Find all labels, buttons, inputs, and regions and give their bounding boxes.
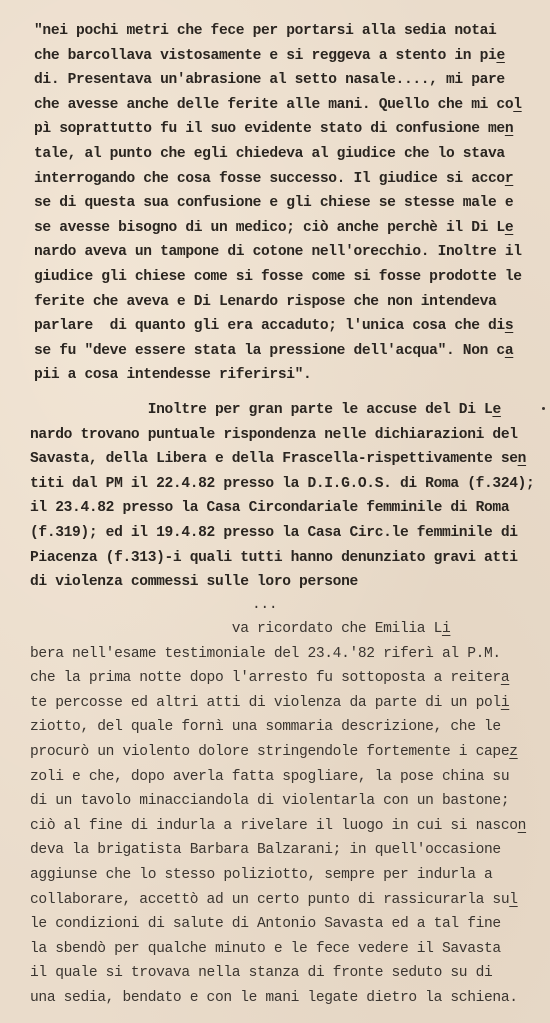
block3-line: le condizioni di salute di Antonio Savas… bbox=[30, 915, 501, 933]
line-text: una sedia, bendato e con le mani legate … bbox=[30, 990, 518, 1006]
line-text: la sbendò per qualche minuto e le fece v… bbox=[30, 941, 501, 957]
block1-line: pì soprattutto fu il suo evidente stato … bbox=[34, 120, 513, 138]
line-text: "nei pochi metri che fece per portarsi a… bbox=[34, 23, 496, 39]
line-text: (f.319); ed il 19.4.82 presso la Casa Ci… bbox=[30, 525, 518, 541]
block1-line: ferite che aveva e Di Lenardo rispose ch… bbox=[34, 293, 496, 311]
block1-line: nardo aveva un tampone di cotone nell'or… bbox=[34, 243, 522, 261]
block2-line: il 23.4.82 presso la Casa Circondariale … bbox=[30, 499, 509, 517]
line-text: di un tavolo minacciandola di violentarl… bbox=[30, 793, 509, 809]
line-text: pii a cosa intendesse riferirsi". bbox=[34, 367, 311, 383]
line-text: collaborare, accettò ad un certo punto d… bbox=[30, 892, 509, 908]
block2-line: nardo trovano puntuale rispondenza nelle… bbox=[30, 426, 518, 444]
line-text: titi dal PM il 22.4.82 presso la D.I.G.O… bbox=[30, 476, 534, 492]
line-text: giudice gli chiese come si fosse come si… bbox=[34, 269, 522, 285]
line-text: zoli e che, dopo averla fatta spogliare,… bbox=[30, 769, 509, 785]
block1-line: che avesse anche delle ferite alle mani.… bbox=[34, 96, 522, 114]
block2-line: di violenza commessi sulle loro persone bbox=[30, 573, 358, 591]
block3-line: che la prima notte dopo l'arresto fu sot… bbox=[30, 669, 509, 687]
line-text: che avesse anche delle ferite alle mani.… bbox=[34, 97, 513, 113]
block1-line: tale, al punto che egli chiedeva al giud… bbox=[34, 145, 505, 163]
block1-line: che barcollava vistosamente e si reggeva… bbox=[34, 47, 505, 65]
line-text: tale, al punto che egli chiedeva al giud… bbox=[34, 146, 505, 162]
line-text: interrogando che cosa fosse successo. Il… bbox=[34, 171, 505, 187]
line-text: se fu "deve essere stata la pressione de… bbox=[34, 343, 505, 359]
block2-line: titi dal PM il 22.4.82 presso la D.I.G.O… bbox=[30, 475, 534, 493]
block2-line: Savasta, della Libera e della Frascella-… bbox=[30, 450, 526, 468]
line-text: pì soprattutto fu il suo evidente stato … bbox=[34, 121, 505, 137]
hyphen-underlined-char: n bbox=[518, 451, 526, 467]
block3-line: deva la brigatista Barbara Balzarani; in… bbox=[30, 841, 501, 859]
block1-line: pii a cosa intendesse riferirsi". bbox=[34, 366, 311, 384]
block3-line: collaborare, accettò ad un certo punto d… bbox=[30, 891, 518, 909]
block3-line: zoli e che, dopo averla fatta spogliare,… bbox=[30, 768, 509, 786]
hyphen-underlined-char: l bbox=[513, 97, 521, 113]
typewritten-page: "nei pochi metri che fece per portarsi a… bbox=[0, 0, 550, 1023]
line-text: ferite che aveva e Di Lenardo rispose ch… bbox=[34, 294, 496, 310]
hyphen-underlined-char: n bbox=[505, 121, 513, 137]
hyphen-underlined-char: l bbox=[509, 892, 517, 908]
line-text: bera nell'esame testimoniale del 23.4.'8… bbox=[30, 646, 501, 662]
block3-line: una sedia, bendato e con le mani legate … bbox=[30, 989, 518, 1007]
line-text: deva la brigatista Barbara Balzarani; in… bbox=[30, 842, 501, 858]
hyphen-underlined-char: z bbox=[509, 744, 517, 760]
block2-line: (f.319); ed il 19.4.82 presso la Casa Ci… bbox=[30, 524, 518, 542]
block1-line: parlare di quanto gli era accaduto; l'un… bbox=[34, 317, 513, 335]
line-text: va ricordato che Emilia L bbox=[30, 621, 442, 637]
line-text: procurò un violento dolore stringendole … bbox=[30, 744, 509, 760]
line-text: di. Presentava un'abrasione al setto nas… bbox=[34, 72, 505, 88]
hyphen-underlined-char: i bbox=[442, 621, 450, 637]
block3-line: ciò al fine di indurla a rivelare il luo… bbox=[30, 817, 526, 835]
hyphen-underlined-char: s bbox=[505, 318, 513, 334]
line-text: nardo aveva un tampone di cotone nell'or… bbox=[34, 244, 522, 260]
block3-line: bera nell'esame testimoniale del 23.4.'8… bbox=[30, 645, 501, 663]
hyphen-underlined-char: e bbox=[496, 48, 504, 64]
ellipsis: ... bbox=[252, 596, 277, 614]
hyphen-underlined-char: a bbox=[505, 343, 513, 359]
line-text: che la prima notte dopo l'arresto fu sot… bbox=[30, 670, 501, 686]
hyphen-underlined-char: e bbox=[505, 220, 513, 236]
line-text: le condizioni di salute di Antonio Savas… bbox=[30, 916, 501, 932]
block1-line: "nei pochi metri che fece per portarsi a… bbox=[34, 22, 496, 40]
line-text: ciò al fine di indurla a rivelare il luo… bbox=[30, 818, 518, 834]
line-text: il 23.4.82 presso la Casa Circondariale … bbox=[30, 500, 509, 516]
block1-line: di. Presentava un'abrasione al setto nas… bbox=[34, 71, 505, 89]
block1-line: se avesse bisogno di un medico; ciò anch… bbox=[34, 219, 513, 237]
block3-line: il quale si trovava nella stanza di fron… bbox=[30, 964, 492, 982]
block3-line: te percosse ed altri atti di violenza da… bbox=[30, 694, 509, 712]
line-text: Inoltre per gran parte le accuse del Di … bbox=[30, 402, 492, 418]
block1-line: se fu "deve essere stata la pressione de… bbox=[34, 342, 513, 360]
line-text: che barcollava vistosamente e si reggeva… bbox=[34, 48, 496, 64]
margin-dot bbox=[542, 407, 545, 410]
hyphen-underlined-char: n bbox=[518, 818, 526, 834]
block1-line: giudice gli chiese come si fosse come si… bbox=[34, 268, 522, 286]
block1-line: interrogando che cosa fosse successo. Il… bbox=[34, 170, 513, 188]
line-text: se di questa sua confusione e gli chiese… bbox=[34, 195, 513, 211]
line-text: parlare di quanto gli era accaduto; l'un… bbox=[34, 318, 505, 334]
block3-line: procurò un violento dolore stringendole … bbox=[30, 743, 518, 761]
block3-line: la sbendò per qualche minuto e le fece v… bbox=[30, 940, 501, 958]
block3-line: di un tavolo minacciandola di violentarl… bbox=[30, 792, 509, 810]
block3-line: aggiunse che lo stesso poliziotto, sempr… bbox=[30, 866, 492, 884]
hyphen-underlined-char: r bbox=[505, 171, 513, 187]
line-text: di violenza commessi sulle loro persone bbox=[30, 574, 358, 590]
block2-line: Inoltre per gran parte le accuse del Di … bbox=[30, 401, 501, 419]
line-text: ziotto, del quale fornì una sommaria des… bbox=[30, 719, 501, 735]
block3-line: ziotto, del quale fornì una sommaria des… bbox=[30, 718, 501, 736]
line-text: Piacenza (f.313)-i quali tutti hanno den… bbox=[30, 550, 518, 566]
line-text: Savasta, della Libera e della Frascella-… bbox=[30, 451, 518, 467]
line-text: aggiunse che lo stesso poliziotto, sempr… bbox=[30, 867, 492, 883]
line-text: nardo trovano puntuale rispondenza nelle… bbox=[30, 427, 518, 443]
line-text: il quale si trovava nella stanza di fron… bbox=[30, 965, 492, 981]
hyphen-underlined-char: e bbox=[492, 402, 500, 418]
line-text: se avesse bisogno di un medico; ciò anch… bbox=[34, 220, 505, 236]
block1-line: se di questa sua confusione e gli chiese… bbox=[34, 194, 513, 212]
line-text: te percosse ed altri atti di violenza da… bbox=[30, 695, 501, 711]
block2-line: Piacenza (f.313)-i quali tutti hanno den… bbox=[30, 549, 518, 567]
hyphen-underlined-char: i bbox=[501, 695, 509, 711]
block3-line: va ricordato che Emilia Li bbox=[30, 620, 450, 638]
hyphen-underlined-char: a bbox=[501, 670, 509, 686]
